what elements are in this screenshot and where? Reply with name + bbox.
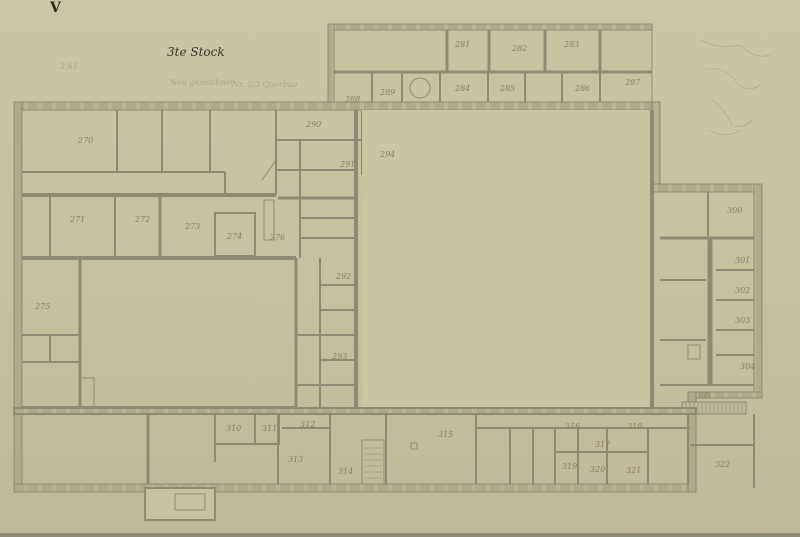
room-number: 272	[135, 215, 150, 224]
room-number: 287	[625, 78, 640, 87]
room-number: 311	[262, 424, 277, 433]
room-number: 315	[438, 430, 453, 439]
room-number: 288	[345, 95, 360, 104]
room-number: 271	[70, 215, 85, 224]
room-number: 285	[500, 84, 515, 93]
room-number: 273	[185, 222, 200, 231]
east-wing	[660, 192, 754, 414]
room-number: 282	[512, 44, 527, 53]
room-number: 317	[595, 440, 610, 449]
room-number: 284	[455, 84, 470, 93]
room-number: 316	[565, 422, 580, 431]
room-number: 312	[300, 420, 315, 429]
room-number: 301	[735, 256, 750, 265]
room-number: 275	[35, 302, 50, 311]
room-number: 322	[715, 460, 730, 469]
room-number: 274	[227, 232, 242, 241]
room-number: 321	[626, 466, 641, 475]
room-number: 281	[455, 40, 470, 49]
west-wing-north	[22, 110, 296, 258]
west-court	[22, 258, 296, 408]
north-annex	[328, 24, 652, 109]
room-number: 314	[338, 467, 353, 476]
room-number: 291	[340, 160, 355, 169]
room-number: 320	[590, 465, 605, 474]
floor-plan-sheet: V 3te Stock 2.61 Neu gezeichnet Nr. 2/3 …	[0, 0, 800, 537]
south-wing	[14, 408, 754, 488]
room-number: 283	[564, 40, 579, 49]
room-number: 286	[575, 84, 590, 93]
floor-plan-drawing	[0, 0, 800, 537]
room-number: 293	[332, 352, 347, 361]
room-number: 289	[380, 88, 395, 97]
room-number: 302	[735, 286, 750, 295]
room-number: 319	[562, 462, 577, 471]
room-number: 318	[627, 422, 642, 431]
room-number: 303	[735, 316, 750, 325]
room-number: 300	[727, 206, 742, 215]
room-number: 294	[380, 150, 395, 159]
pencil-sketch	[700, 40, 770, 135]
main-courtyard	[356, 110, 660, 410]
room-number: 270	[78, 136, 93, 145]
sheet-bottom-edge	[0, 533, 800, 537]
room-number: 305	[696, 391, 711, 400]
room-number: 276	[270, 233, 285, 242]
room-number: 290	[306, 120, 321, 129]
room-number: 310	[226, 424, 241, 433]
room-number: 313	[288, 455, 303, 464]
room-number: 304	[740, 362, 755, 371]
room-number: 292	[336, 272, 351, 281]
south-projection	[145, 488, 215, 520]
